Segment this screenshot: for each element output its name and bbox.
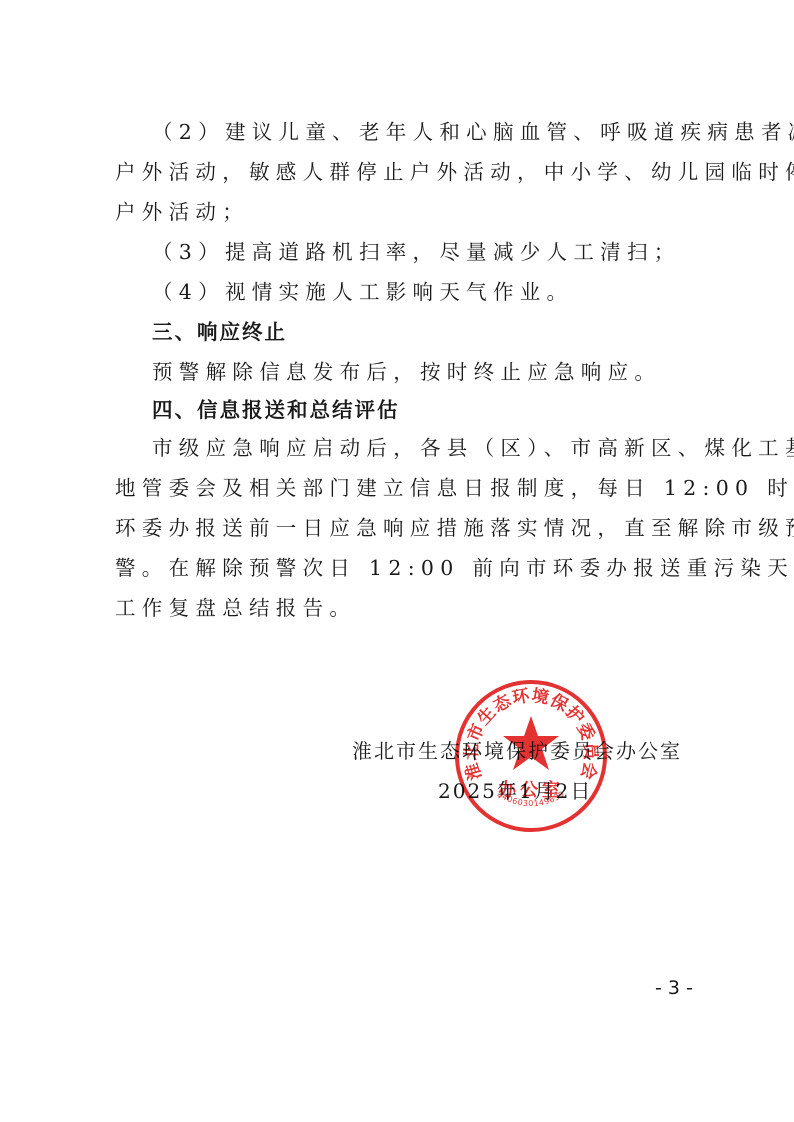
paragraph-2-line-3: 户外活动； (115, 198, 249, 226)
paragraph-2-line-1: （2）建议儿童、老年人和心脑血管、呼吸道疾病患者减少 (152, 118, 794, 146)
paragraph-6-line-5: 工作复盘总结报告。 (115, 594, 356, 622)
paragraph-5: 预警解除信息发布后，按时终止应急响应。 (152, 358, 661, 386)
paragraph-6-line-2: 地管委会及相关部门建立信息日报制度，每日 12:00 时前向市 (115, 474, 794, 502)
official-seal-stamp: 淮北市生态环境保护委员会 办公室 3406030149639 (453, 678, 609, 834)
star-icon (503, 716, 559, 770)
document-page: （2）建议儿童、老年人和心脑血管、呼吸道疾病患者减少 户外活动，敏感人群停止户外… (0, 0, 794, 1122)
section-heading-3: 三、响应终止 (152, 318, 287, 346)
paragraph-6-line-1: 市级应急响应启动后，各县（区）、市高新区、煤化工基 (152, 434, 794, 462)
paragraph-2-line-2: 户外活动，敏感人群停止户外活动，中小学、幼儿园临时停止 (115, 158, 794, 186)
section-heading-4: 四、信息报送和总结评估 (152, 396, 400, 424)
page-number: - 3 - (655, 977, 693, 999)
paragraph-3: （3）提高道路机扫率，尽量减少人工清扫； (152, 238, 681, 266)
paragraph-6-line-4: 警。在解除预警次日 12:00 前向市环委办报送重污染天气应对 (115, 554, 794, 582)
paragraph-6-line-3: 环委办报送前一日应急响应措施落实情况，直至解除市级预 (115, 514, 794, 542)
paragraph-4: （4）视情实施人工影响天气作业。 (152, 278, 573, 306)
